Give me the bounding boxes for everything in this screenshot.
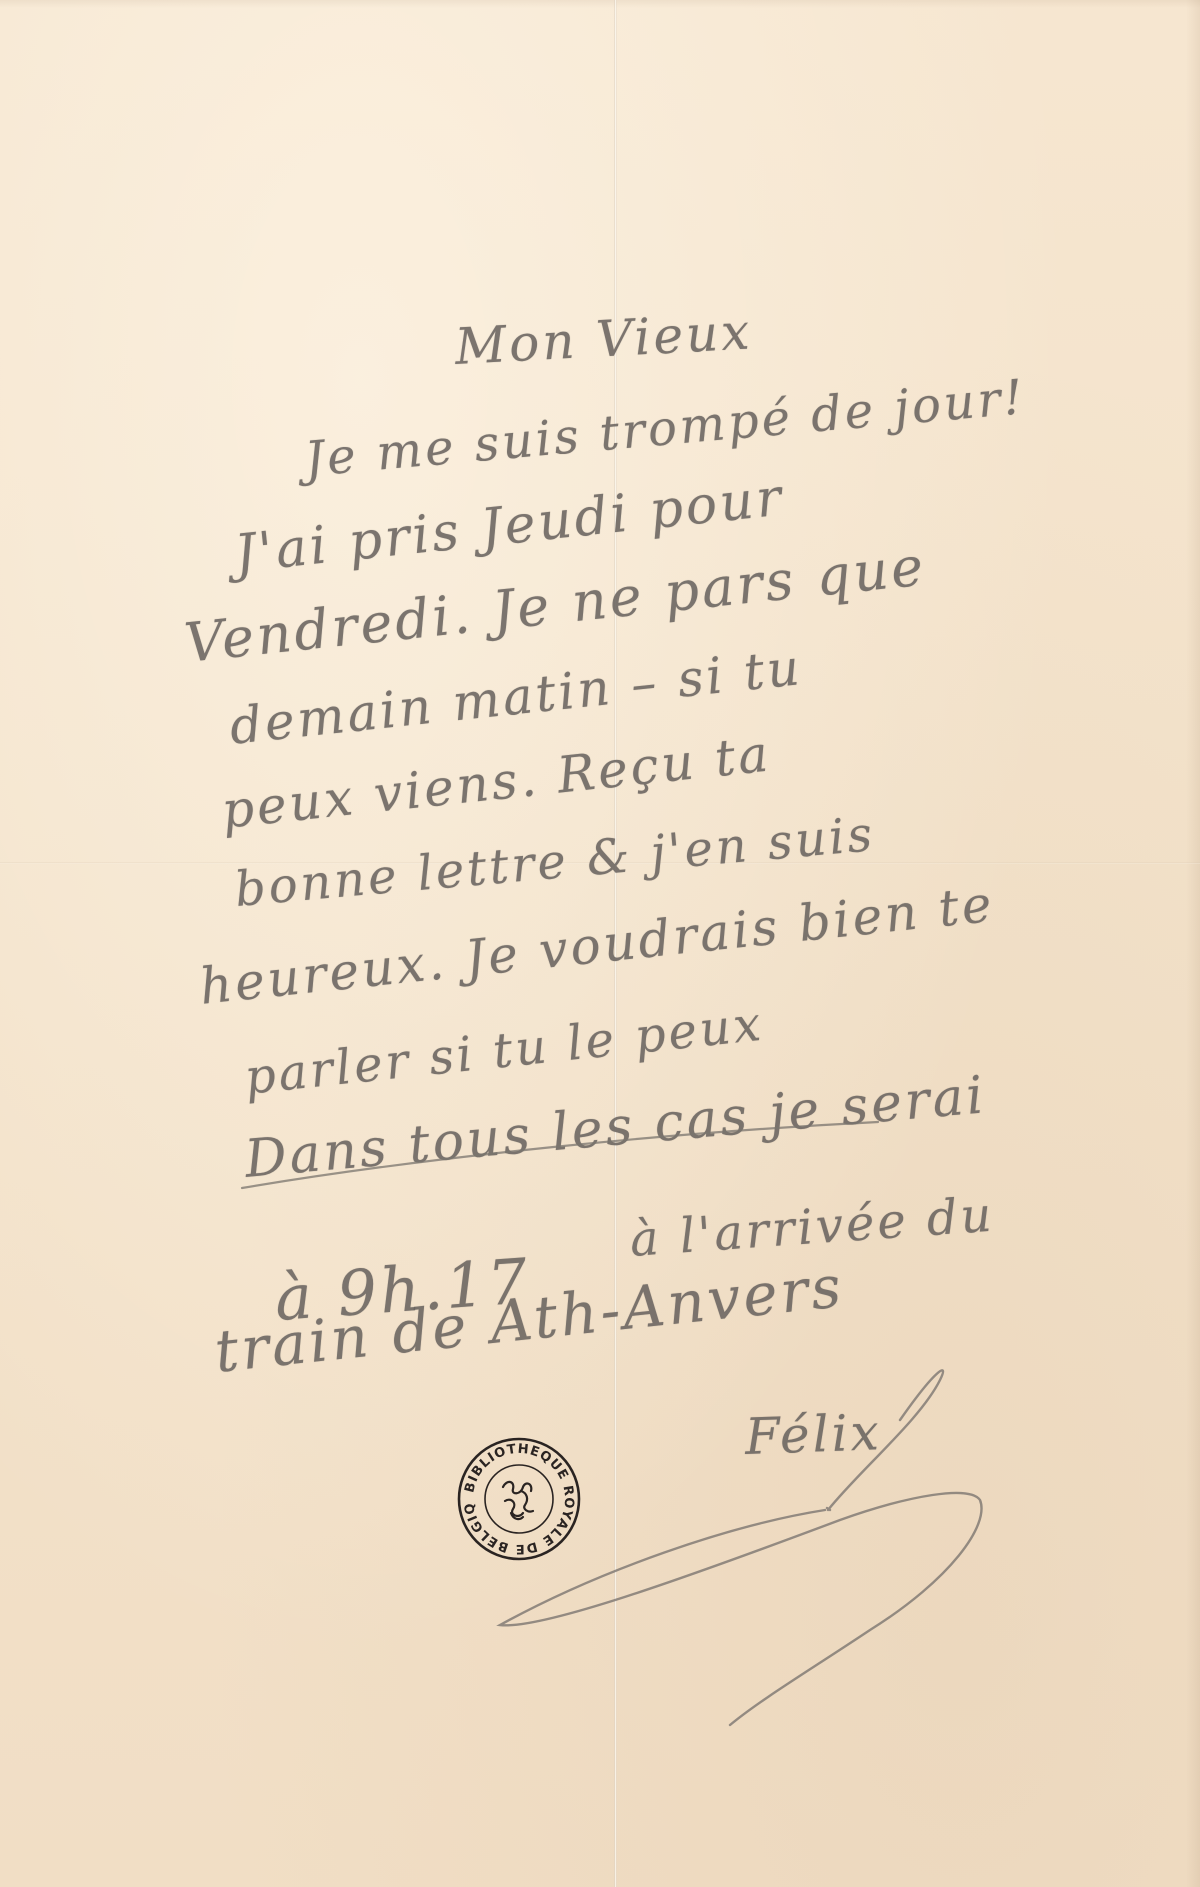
- letter-page: Mon Vieux Je me suis trompé de jour! J'a…: [0, 0, 1200, 1887]
- letter-line-1: Je me suis trompé de jour!: [303, 369, 1028, 488]
- library-stamp: BIBLIOTHEQUE ROYALE DE BELGIQUE: [455, 1435, 583, 1563]
- paper-edge-top: [0, 0, 1200, 8]
- salutation: Mon Vieux: [453, 302, 753, 375]
- underline-stroke: [240, 1118, 880, 1198]
- lion-emblem-icon: [503, 1482, 533, 1519]
- letter-line-8: parler si tu le peux: [242, 996, 766, 1106]
- paper-edge-right: [1186, 0, 1200, 1887]
